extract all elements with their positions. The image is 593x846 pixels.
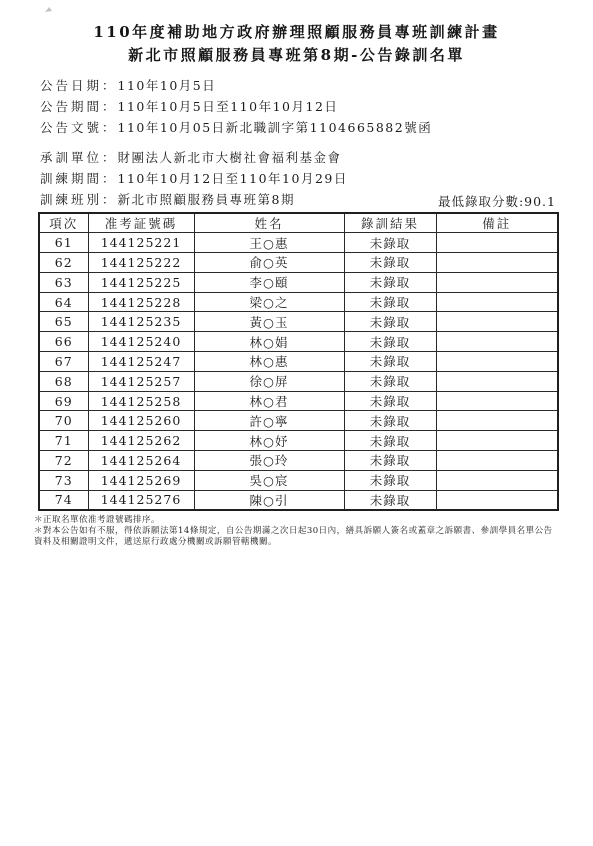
cell-result: 未錄取 bbox=[344, 272, 436, 292]
cell-note bbox=[436, 272, 558, 292]
results-table-head: 項次 准考証號碼 姓名 錄訓結果 備註 bbox=[39, 213, 558, 233]
announce-period-value: 110年10月5日至110年10月12日 bbox=[118, 99, 339, 114]
cell-ticket: 144125257 bbox=[88, 371, 194, 391]
announce-period-line: 公告期間：110年10月5日至110年10月12日 bbox=[40, 96, 593, 117]
announce-date-value: 110年10月5日 bbox=[118, 78, 217, 93]
training-class-line: 訓練班別：新北市照顧服務員專班第8期 bbox=[40, 189, 295, 210]
footnote-1: ＊正取名單依准考證號碼排序。 bbox=[34, 515, 560, 526]
title-block: 110年度補助地方政府辦理照顧服務員專班訓練計畫 新北市照顧服務員專班第8期-公… bbox=[0, 21, 593, 67]
cell-no: 74 bbox=[39, 490, 88, 510]
cell-result: 未錄取 bbox=[344, 470, 436, 490]
cell-no: 67 bbox=[39, 352, 88, 372]
table-row: 66 144125240 林○娟 未錄取 bbox=[39, 332, 558, 352]
cell-ticket: 144125235 bbox=[88, 312, 194, 332]
table-row: 67 144125247 林○惠 未錄取 bbox=[39, 352, 558, 372]
training-period-value: 110年10月12日至110年10月29日 bbox=[118, 171, 348, 186]
cell-no: 73 bbox=[39, 470, 88, 490]
training-org-label: 承訓單位： bbox=[40, 150, 118, 165]
cell-no: 64 bbox=[39, 292, 88, 312]
cell-result: 未錄取 bbox=[344, 352, 436, 372]
min-score-value: 90.1 bbox=[524, 194, 556, 209]
announce-doc-no-value: 110年10月05日新北職訓字第1104665882號函 bbox=[118, 120, 433, 135]
training-period-label: 訓練期間： bbox=[40, 171, 118, 186]
min-score: 最低錄取分數:90.1 bbox=[438, 192, 556, 210]
cell-note bbox=[436, 332, 558, 352]
table-row: 73 144125269 吳○宸 未錄取 bbox=[39, 470, 558, 490]
cell-note bbox=[436, 312, 558, 332]
footnote-2: ＊對本公告如有不服，得依訴願法第14條規定，自公告期滿之次日起30日內，繕具訴願… bbox=[34, 526, 560, 548]
cell-name: 梁○之 bbox=[194, 292, 344, 312]
cell-ticket: 144125222 bbox=[88, 253, 194, 273]
training-class-row: 訓練班別：新北市照顧服務員專班第8期 最低錄取分數:90.1 bbox=[40, 189, 556, 210]
announce-doc-no-label: 公告文號： bbox=[40, 120, 118, 135]
cell-ticket: 144125258 bbox=[88, 391, 194, 411]
cell-name: 李○頤 bbox=[194, 272, 344, 292]
cell-name: 王○惠 bbox=[194, 233, 344, 253]
table-row: 70 144125260 許○寧 未錄取 bbox=[39, 411, 558, 431]
cell-no: 65 bbox=[39, 312, 88, 332]
cell-ticket: 144125276 bbox=[88, 490, 194, 510]
announcement-info-block: 公告日期：110年10月5日 公告期間：110年10月5日至110年10月12日… bbox=[40, 75, 593, 138]
cell-note bbox=[436, 411, 558, 431]
cell-ticket: 144125225 bbox=[88, 272, 194, 292]
results-table-body: 61 144125221 王○惠 未錄取 62 144125222 俞○英 未錄… bbox=[39, 233, 558, 510]
cell-no: 63 bbox=[39, 272, 88, 292]
cell-no: 66 bbox=[39, 332, 88, 352]
cell-result: 未錄取 bbox=[344, 490, 436, 510]
cell-result: 未錄取 bbox=[344, 233, 436, 253]
cell-ticket: 144125221 bbox=[88, 233, 194, 253]
cell-result: 未錄取 bbox=[344, 431, 436, 451]
table-row: 61 144125221 王○惠 未錄取 bbox=[39, 233, 558, 253]
cell-note bbox=[436, 451, 558, 471]
cell-name: 黃○玉 bbox=[194, 312, 344, 332]
table-header-row: 項次 准考証號碼 姓名 錄訓結果 備註 bbox=[39, 213, 558, 233]
cell-no: 71 bbox=[39, 431, 88, 451]
document-title-line2: 新北市照顧服務員專班第8期-公告錄訓名單 bbox=[0, 44, 593, 67]
cell-no: 61 bbox=[39, 233, 88, 253]
cell-name: 林○娟 bbox=[194, 332, 344, 352]
cell-result: 未錄取 bbox=[344, 312, 436, 332]
results-table: 項次 准考証號碼 姓名 錄訓結果 備註 61 144125221 王○惠 未錄取… bbox=[38, 212, 559, 511]
cell-note bbox=[436, 391, 558, 411]
training-class-label: 訓練班別： bbox=[40, 192, 118, 207]
table-row: 64 144125228 梁○之 未錄取 bbox=[39, 292, 558, 312]
training-org-line: 承訓單位：財團法人新北市大樹社會福利基金會 bbox=[40, 147, 593, 168]
cell-ticket: 144125264 bbox=[88, 451, 194, 471]
cell-no: 70 bbox=[39, 411, 88, 431]
table-row: 71 144125262 林○妤 未錄取 bbox=[39, 431, 558, 451]
cell-ticket: 144125269 bbox=[88, 470, 194, 490]
table-row: 72 144125264 張○玲 未錄取 bbox=[39, 451, 558, 471]
training-info-block: 承訓單位：財團法人新北市大樹社會福利基金會 訓練期間：110年10月12日至11… bbox=[40, 147, 593, 210]
cell-note bbox=[436, 253, 558, 273]
cell-name: 吳○宸 bbox=[194, 470, 344, 490]
table-row: 68 144125257 徐○屏 未錄取 bbox=[39, 371, 558, 391]
cell-name: 俞○英 bbox=[194, 253, 344, 273]
cell-note bbox=[436, 470, 558, 490]
cell-ticket: 144125240 bbox=[88, 332, 194, 352]
cell-ticket: 144125228 bbox=[88, 292, 194, 312]
header-note: 備註 bbox=[436, 213, 558, 233]
cell-note bbox=[436, 233, 558, 253]
table-row: 65 144125235 黃○玉 未錄取 bbox=[39, 312, 558, 332]
cell-name: 林○君 bbox=[194, 391, 344, 411]
header-ticket: 准考証號碼 bbox=[88, 213, 194, 233]
scan-artifact bbox=[45, 7, 52, 12]
cell-note bbox=[436, 431, 558, 451]
table-row: 63 144125225 李○頤 未錄取 bbox=[39, 272, 558, 292]
cell-no: 68 bbox=[39, 371, 88, 391]
header-no: 項次 bbox=[39, 213, 88, 233]
min-score-label: 最低錄取分數: bbox=[438, 194, 524, 209]
cell-name: 林○妤 bbox=[194, 431, 344, 451]
cell-name: 徐○屏 bbox=[194, 371, 344, 391]
cell-note bbox=[436, 371, 558, 391]
cell-no: 69 bbox=[39, 391, 88, 411]
cell-note bbox=[436, 292, 558, 312]
announce-period-label: 公告期間： bbox=[40, 99, 118, 114]
cell-result: 未錄取 bbox=[344, 411, 436, 431]
cell-name: 許○寧 bbox=[194, 411, 344, 431]
training-class-value: 新北市照顧服務員專班第8期 bbox=[118, 192, 295, 207]
table-row: 74 144125276 陳○引 未錄取 bbox=[39, 490, 558, 510]
training-org-value: 財團法人新北市大樹社會福利基金會 bbox=[118, 150, 342, 165]
table-row: 62 144125222 俞○英 未錄取 bbox=[39, 253, 558, 273]
announce-date-label: 公告日期： bbox=[40, 78, 118, 93]
cell-result: 未錄取 bbox=[344, 253, 436, 273]
document-title-line1: 110年度補助地方政府辦理照顧服務員專班訓練計畫 bbox=[0, 21, 593, 44]
cell-ticket: 144125260 bbox=[88, 411, 194, 431]
cell-note bbox=[436, 352, 558, 372]
document-page: 110年度補助地方政府辦理照顧服務員專班訓練計畫 新北市照顧服務員專班第8期-公… bbox=[0, 0, 593, 846]
cell-no: 62 bbox=[39, 253, 88, 273]
cell-result: 未錄取 bbox=[344, 332, 436, 352]
cell-name: 林○惠 bbox=[194, 352, 344, 372]
cell-result: 未錄取 bbox=[344, 391, 436, 411]
announce-doc-no-line: 公告文號：110年10月05日新北職訓字第1104665882號函 bbox=[40, 117, 593, 138]
footnotes: ＊正取名單依准考證號碼排序。 ＊對本公告如有不服，得依訴願法第14條規定，自公告… bbox=[34, 515, 560, 548]
cell-ticket: 144125262 bbox=[88, 431, 194, 451]
announce-date-line: 公告日期：110年10月5日 bbox=[40, 75, 593, 96]
header-name: 姓名 bbox=[194, 213, 344, 233]
cell-note bbox=[436, 490, 558, 510]
cell-result: 未錄取 bbox=[344, 371, 436, 391]
cell-name: 陳○引 bbox=[194, 490, 344, 510]
cell-no: 72 bbox=[39, 451, 88, 471]
cell-result: 未錄取 bbox=[344, 451, 436, 471]
cell-ticket: 144125247 bbox=[88, 352, 194, 372]
header-result: 錄訓結果 bbox=[344, 213, 436, 233]
cell-result: 未錄取 bbox=[344, 292, 436, 312]
table-row: 69 144125258 林○君 未錄取 bbox=[39, 391, 558, 411]
cell-name: 張○玲 bbox=[194, 451, 344, 471]
training-period-line: 訓練期間：110年10月12日至110年10月29日 bbox=[40, 168, 593, 189]
